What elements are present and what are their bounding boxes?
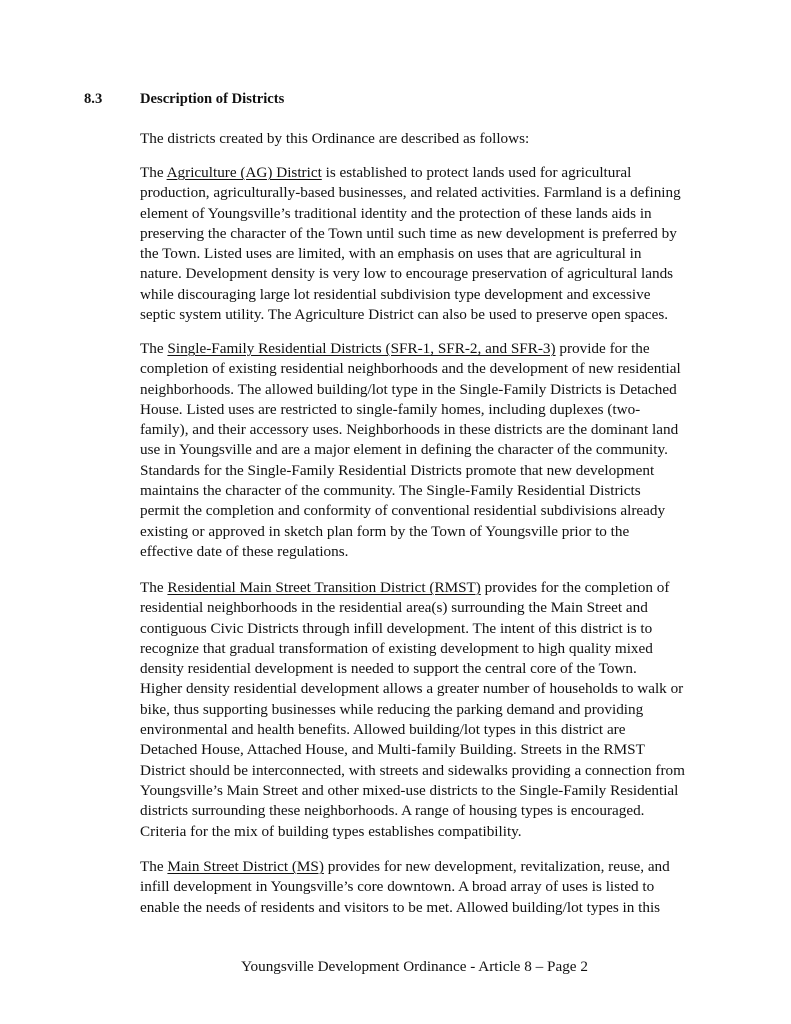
paragraph-line: nature. Development density is very low … <box>140 264 681 284</box>
paragraph-line: enable the needs of residents and visito… <box>140 898 670 918</box>
paragraph-line: family), and their accessory uses. Neigh… <box>140 420 681 440</box>
paragraph-line: bike, thus supporting businesses while r… <box>140 700 685 720</box>
paragraph-line: septic system utility. The Agriculture D… <box>140 305 681 325</box>
paragraph-line: existing or approved in sketch plan form… <box>140 522 681 542</box>
paragraph-line: districts surrounding these neighborhood… <box>140 801 685 821</box>
paragraph-line: environmental and health benefits. Allow… <box>140 720 685 740</box>
district-name-main-street: Main Street District (MS) <box>167 858 324 875</box>
paragraph-single-family-districts: The Single-Family Residential Districts … <box>140 339 681 562</box>
district-name-rmst: Residential Main Street Transition Distr… <box>167 579 480 596</box>
paragraph-line: the Town. Listed uses are limited, with … <box>140 244 681 264</box>
paragraph-main-street-district: The Main Street District (MS) provides f… <box>140 857 670 918</box>
paragraph-line: recognize that gradual transformation of… <box>140 639 685 659</box>
paragraph-line: density residential development is neede… <box>140 659 685 679</box>
paragraph-line: contiguous Civic Districts through infil… <box>140 619 685 639</box>
paragraph-line: production, agriculturally-based busines… <box>140 183 681 203</box>
paragraph-line: maintains the character of the community… <box>140 481 681 501</box>
page-footer: Youngsville Development Ordinance - Arti… <box>0 958 791 976</box>
paragraph-line: use in Youngsville and are a major eleme… <box>140 440 681 460</box>
paragraph-line: preserving the character of the Town unt… <box>140 224 681 244</box>
paragraph-line: Criteria for the mix of building types e… <box>140 822 685 842</box>
paragraph-line: completion of existing residential neigh… <box>140 359 681 379</box>
paragraph-line: Youngsville’s Main Street and other mixe… <box>140 781 685 801</box>
paragraph-line: element of Youngsville’s traditional ide… <box>140 204 681 224</box>
paragraph-line: infill development in Youngsville’s core… <box>140 877 670 897</box>
paragraph-line: neighborhoods. The allowed building/lot … <box>140 380 681 400</box>
paragraph-line: The Main Street District (MS) provides f… <box>140 857 670 877</box>
paragraph-line: residential neighborhoods in the residen… <box>140 598 685 618</box>
paragraph-line: Detached House, Attached House, and Mult… <box>140 740 685 760</box>
paragraph-line: Standards for the Single-Family Resident… <box>140 461 681 481</box>
document-page: 8.3Description of Districts The district… <box>0 0 791 1024</box>
section-number: 8.3 <box>84 91 140 108</box>
intro-text: The districts created by this Ordinance … <box>140 130 529 148</box>
section-heading: 8.3Description of Districts <box>84 91 284 108</box>
section-title: Description of Districts <box>140 91 284 107</box>
paragraph-line: permit the completion and conformity of … <box>140 501 681 521</box>
paragraph-line: while discouraging large lot residential… <box>140 285 681 305</box>
footer-text: Youngsville Development Ordinance - Arti… <box>241 958 588 975</box>
paragraph-line: The Agriculture (AG) District is establi… <box>140 163 681 183</box>
paragraph-line: The Single-Family Residential Districts … <box>140 339 681 359</box>
paragraph-line: Higher density residential development a… <box>140 679 685 699</box>
paragraph-line: The Residential Main Street Transition D… <box>140 578 685 598</box>
district-name-agriculture: Agriculture (AG) District <box>167 164 322 181</box>
paragraph-line: effective date of these regulations. <box>140 542 681 562</box>
district-name-single-family: Single-Family Residential Districts (SFR… <box>167 340 555 357</box>
paragraph-agriculture-district: The Agriculture (AG) District is establi… <box>140 163 681 325</box>
paragraph-line: District should be interconnected, with … <box>140 761 685 781</box>
paragraph-line: House. Listed uses are restricted to sin… <box>140 400 681 420</box>
paragraph-rmst-district: The Residential Main Street Transition D… <box>140 578 685 842</box>
